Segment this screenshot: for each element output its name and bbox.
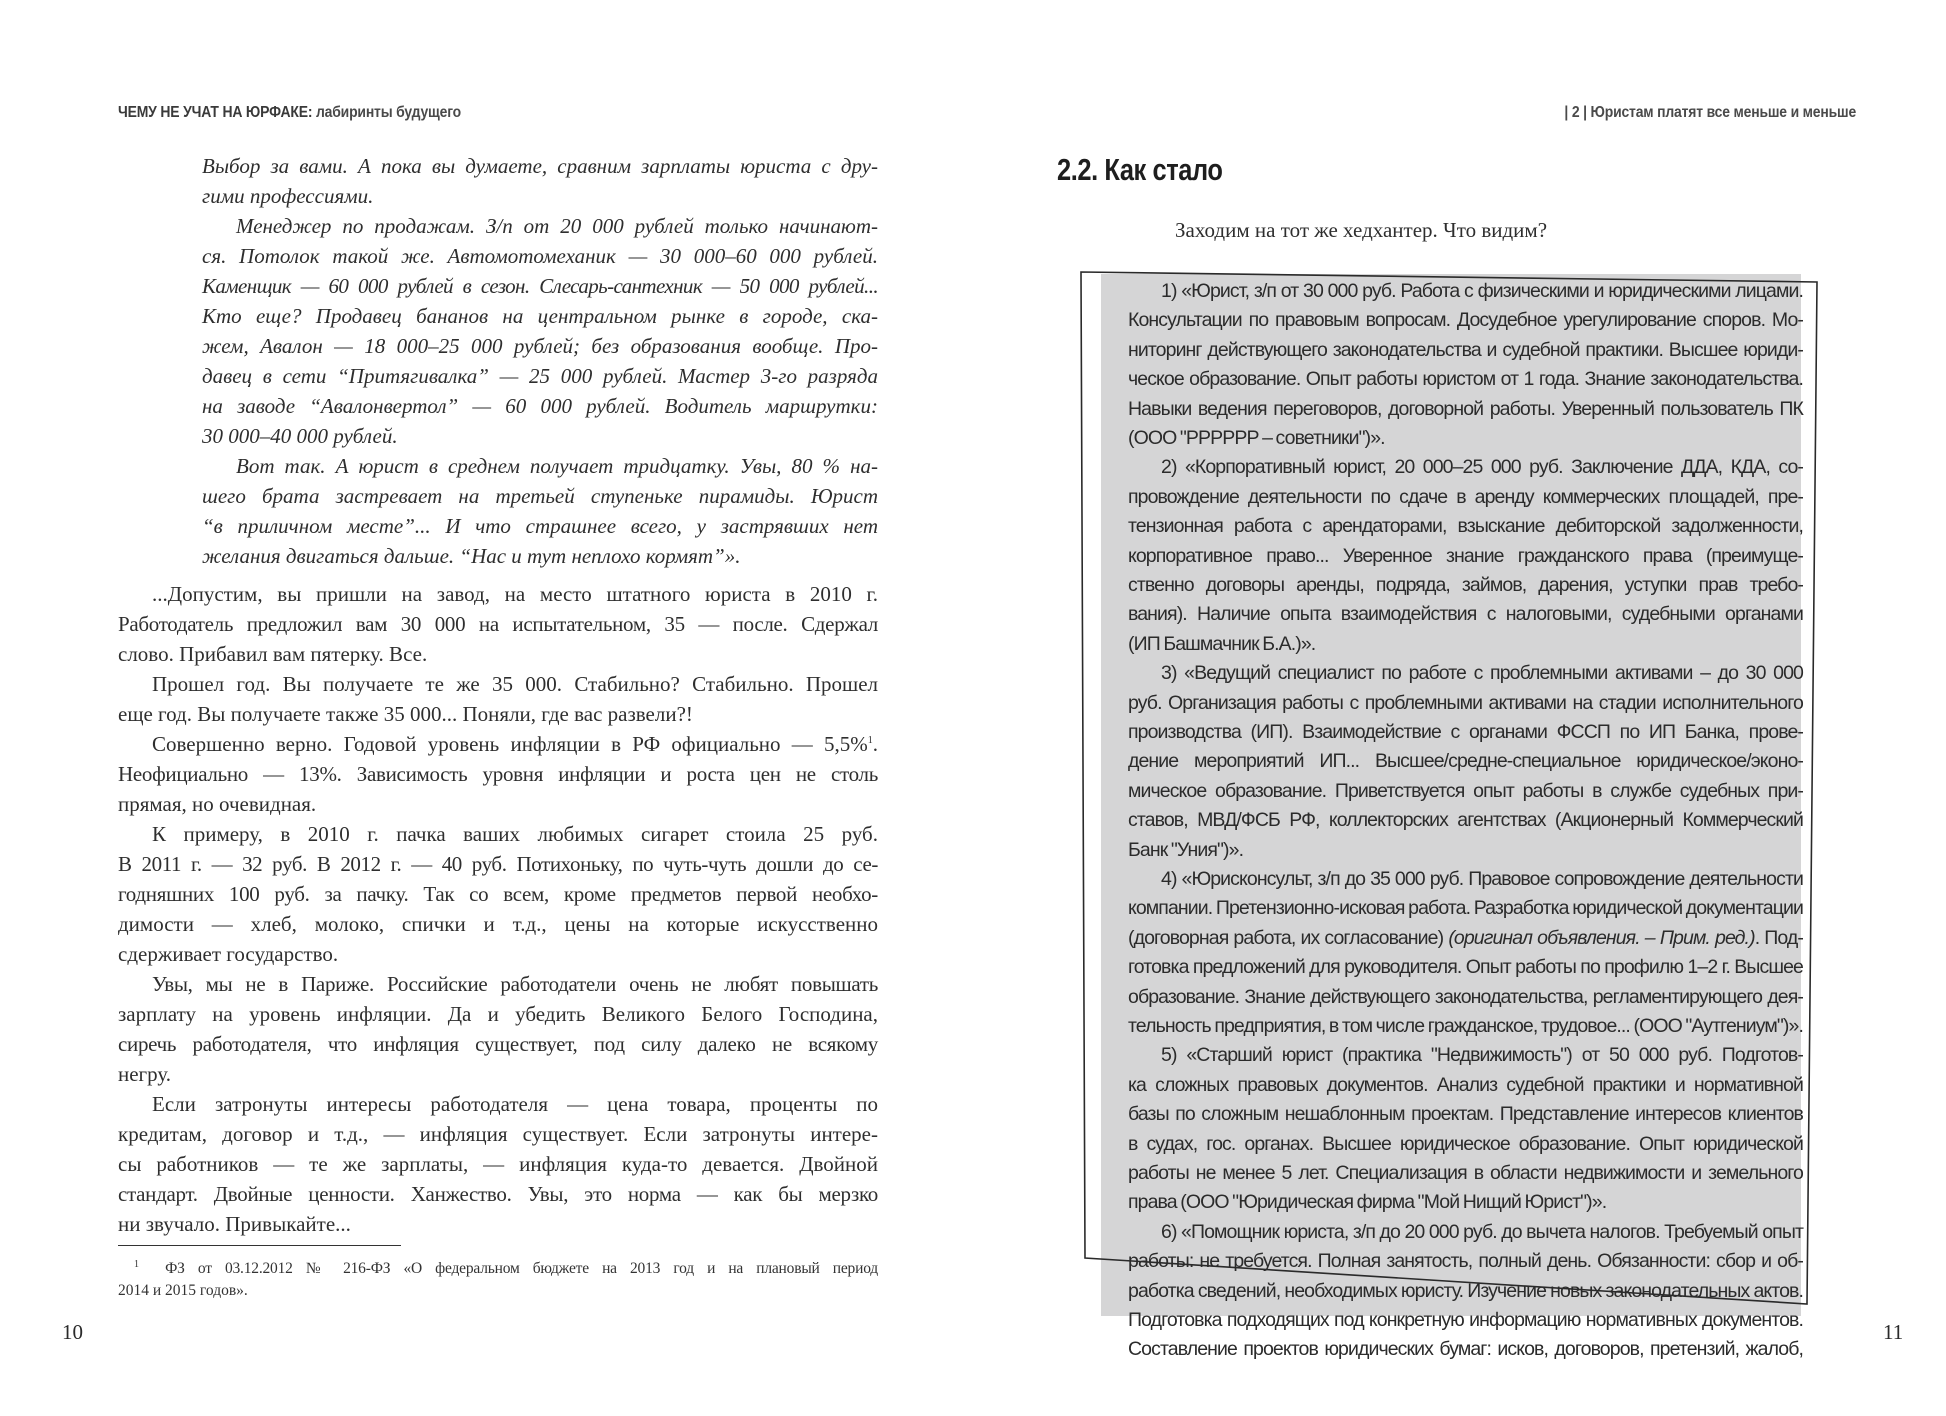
job-ad-line: тельность предприятия, в том числе гражд… [1128, 1015, 1803, 1038]
job-ad-line: вания). Наличие опыта взаимодействия с н… [1128, 603, 1803, 626]
body-line: димости — хлеб, молоко, спички и т.д., ц… [118, 912, 878, 937]
quote-line: на заводе “Авалонвертол” — 60 000 рублей… [202, 394, 878, 419]
body-line: прямая, но очевидная. [118, 792, 878, 817]
job-ad-line: Навыки ведения переговоров, договорной р… [1128, 398, 1803, 421]
job-ad-line: корпоративное право... Уверенное знание … [1128, 545, 1803, 568]
job-ad-line: Консультации по правовым вопросам. Досуд… [1128, 309, 1803, 332]
quote-line: жем, Авалон — 18 000–25 000 рублей; без … [202, 334, 878, 359]
quote-line: шего брата застревает на третьей ступень… [202, 484, 878, 509]
job-ad-line: производства (ИП). Взаимодействие с орга… [1128, 721, 1803, 744]
quote-line: давец в сети “Притягивалка” — 25 000 руб… [202, 364, 878, 389]
job-ad-line: Составление проектов юридических бумаг: … [1128, 1338, 1803, 1361]
job-ad-line: ниторинг действующего законодательства и… [1128, 339, 1803, 362]
book-subtitle: лабиринты будущего [316, 104, 461, 121]
body-line: годняшних 100 руб. за пачку. Так со всем… [118, 882, 878, 907]
job-ad-line: в судах, гос. органах. Высшее юридическо… [1128, 1133, 1803, 1156]
job-ad-line: Банк "Уния")». [1128, 839, 1803, 862]
body-line: Если затронуты интересы работодателя — ц… [152, 1092, 878, 1117]
running-head-left: ЧЕМУ НЕ УЧАТ НА ЮРФАКЕ: лабиринты будуще… [118, 104, 461, 122]
job-ad-line: работка сведений, необходимых юристу. Из… [1128, 1280, 1803, 1303]
chapter-title: Юристам платят все меньше и меньше [1590, 104, 1856, 121]
job-ad-line: дение мероприятий ИП... Высшее/средне-сп… [1128, 750, 1803, 773]
chapter-number: | 2 | [1564, 104, 1586, 121]
job-ad-line: 1) «Юрист, з/п от 30 000 руб. Работа с ф… [1161, 280, 1803, 303]
job-ad-line: (ООО "РРРРРР – советники")». [1128, 427, 1803, 450]
job-ad-line: (договорная работа, их согласование) (ор… [1128, 927, 1803, 950]
body-line: Прошел год. Вы получаете те же 35 000. С… [152, 672, 878, 697]
body-line: сдерживает государство. [118, 942, 878, 967]
quote-line: Кто еще? Продавец бананов на центральном… [202, 304, 878, 329]
job-ad-line: 2) «Корпоративный юрист, 20 000–25 000 р… [1161, 456, 1803, 479]
body-line: кредитам, договор и т.д., — инфляция сущ… [118, 1122, 878, 1147]
book-title: ЧЕМУ НЕ УЧАТ НА ЮРФАКЕ: [118, 104, 312, 121]
job-ad-line: ставов, МВД/ФСБ РФ, коллекторских агентс… [1128, 809, 1803, 832]
left-page: ЧЕМУ НЕ УЧАТ НА ЮРФАКЕ: лабиринты будуще… [0, 0, 973, 1416]
quote-line: 30 000–40 000 рублей. [202, 424, 878, 449]
job-ad-line: провождение деятельности по сдаче в арен… [1128, 486, 1803, 509]
body-line: Неофициально — 13%. Зависимость уровня и… [118, 762, 878, 787]
body-line: стандарт. Двойные ценности. Ханжество. У… [118, 1182, 878, 1207]
body-line: сы работников — те же зарплаты, — инфляц… [118, 1152, 878, 1177]
job-ad-line: тензионная работа с арендаторами, взыска… [1128, 515, 1803, 538]
job-ad-line: Подготовка подходящих под конкретную инф… [1128, 1309, 1803, 1332]
body-line: сиречь работодателя, что инфляция сущест… [118, 1032, 878, 1057]
job-ad-line: 3) «Ведущий специалист по работе с пробл… [1161, 662, 1803, 685]
section-heading: 2.2. Как стало [1057, 152, 1223, 188]
quote-line: Вот так. А юрист в среднем получает трид… [236, 454, 878, 479]
quote-line: Выбор за вами. А пока вы думаете, сравни… [202, 154, 878, 179]
footnote-ref[interactable]: 1 [868, 735, 873, 746]
body-line: Совершенно верно. Годовой уровень инфляц… [152, 732, 878, 757]
right-page: | 2 | Юристам платят все меньше и меньше… [973, 0, 1946, 1416]
footnote-text: 2014 и 2015 годов». [118, 1282, 248, 1300]
job-ad-line: (ИП Башмачник Б.А.)». [1128, 633, 1803, 656]
quote-line: гими профессиями. [202, 184, 878, 209]
body-line: негру. [118, 1062, 878, 1087]
quote-line: желания двигаться дальше. “Нас и тут неп… [202, 544, 878, 569]
body-line: слово. Прибавил вам пятерку. Все. [118, 642, 878, 667]
quote-line: Каменщик — 60 000 рублей в сезон. Слесар… [202, 274, 878, 299]
page-number: 11 [1883, 1320, 1903, 1345]
job-ad-line: работы не менее 5 лет. Специализация в о… [1128, 1162, 1803, 1185]
running-head-right: | 2 | Юристам платят все меньше и меньше [1564, 104, 1856, 122]
job-ad-line: 6) «Помощник юриста, з/п до 20 000 руб. … [1161, 1221, 1803, 1244]
intro-text: Заходим на тот же хедхантер. Что видим? [1175, 218, 1547, 243]
job-ad-line: базы по сложным нешаблонным проектам. Пр… [1128, 1103, 1803, 1126]
body-line: еще год. Вы получаете также 35 000... По… [118, 702, 878, 727]
job-ad-line: 4) «Юрисконсульт, з/п до 35 000 руб. Пра… [1161, 868, 1803, 891]
job-ad-line: 5) «Старший юрист (практика "Недвижимост… [1161, 1044, 1803, 1067]
body-line: ...Допустим, вы пришли на завод, на мест… [152, 582, 878, 607]
job-ad-line: образование. Знание действующего законод… [1128, 986, 1803, 1009]
footnote-divider [118, 1245, 401, 1246]
job-ad-line: ка сложных правовых документов. Анализ с… [1128, 1074, 1803, 1097]
body-line: В 2011 г. — 32 руб. В 2012 г. — 40 руб. … [118, 852, 878, 877]
job-ad-line: работы: не требуется. Полная занятость, … [1128, 1250, 1803, 1273]
job-ad-line: компании. Претензионно-исковая работа. Р… [1128, 897, 1803, 920]
quote-line: ся. Потолок такой же. Автомотомеханик — … [202, 244, 878, 269]
job-ad-line: руб. Организация работы с проблемными ак… [1128, 692, 1803, 715]
footnote-text: 1 ФЗ от 03.12.2012 № 216-ФЗ «О федеральн… [134, 1260, 878, 1278]
job-ad-line: мическое образование. Приветствуется опы… [1128, 780, 1803, 803]
job-ad-line: готовка предложений для руководителя. Оп… [1128, 956, 1803, 979]
body-line: ни звучало. Привыкайте... [118, 1212, 878, 1237]
job-ad-line: права (ООО "Юридическая фирма "Мой Нищий… [1128, 1191, 1803, 1214]
job-ad-line: ческое образование. Опыт работы юристом … [1128, 368, 1803, 391]
quote-line: “в приличном месте”... И что страшнее вс… [202, 514, 878, 539]
body-line: К примеру, в 2010 г. пачка ваших любимых… [152, 822, 878, 847]
quote-line: Менеджер по продажам. З/п от 20 000 рубл… [236, 214, 878, 239]
body-line: Увы, мы не в Париже. Российские работода… [152, 972, 878, 997]
footnote-number: 1 [134, 1259, 139, 1270]
page-number: 10 [62, 1320, 83, 1345]
body-line: зарплату на уровень инфляции. Да и убеди… [118, 1002, 878, 1027]
body-line: Работодатель предложил вам 30 000 на исп… [118, 612, 878, 637]
job-ad-line: ственно договоры аренды, подряда, займов… [1128, 574, 1803, 597]
